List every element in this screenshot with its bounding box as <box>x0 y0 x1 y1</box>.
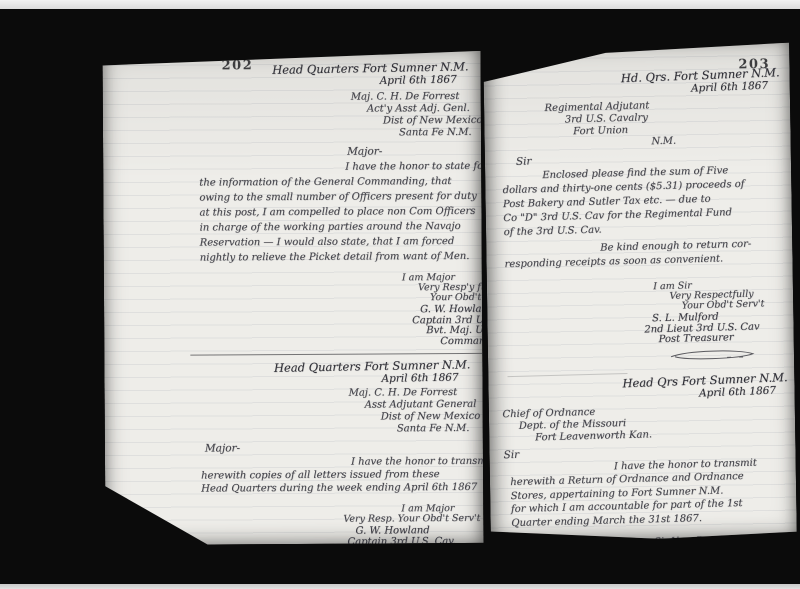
text-line: Very Resp. Your Obd't Serv't <box>343 514 475 525</box>
letter-right-1: Hd. Qrs. Fort Sumner N.M.April 6th 1867 … <box>500 67 792 370</box>
text-line: Dist of New Mexico <box>381 411 475 424</box>
page-left: 202 Head Quarters Fort Sumner N.M.April … <box>103 51 484 545</box>
letter-body-2: Be kind enough to return cor-responding … <box>504 237 789 272</box>
letter-addressee: Maj. C. H. De ForrestAsst Adjutant Gener… <box>349 387 475 436</box>
text-line: Your Obd't Serv't <box>430 293 474 303</box>
letter-left-1: Head Quarters Fort Sumner N.M.April 6th … <box>199 61 475 349</box>
text-line: the information of the General Commandin… <box>199 174 473 191</box>
letter-salutation: Major- <box>347 145 473 158</box>
text-line: I have the honor to state for <box>345 159 473 175</box>
text-line: N.M. <box>651 133 785 149</box>
text-line: I have the honor to transmit <box>351 455 475 469</box>
text-line: Dist of New Mexico <box>383 115 473 128</box>
letter-body: I have the honor to state forthe informa… <box>199 159 474 266</box>
letter-closing: I am MajorVery Resp'y fullyYour Obd't Se… <box>402 273 474 303</box>
text-line: Maj. C. H. De Forrest <box>349 387 475 400</box>
letter-addressee: Chief of OrdnanceDept. of the MissouriFo… <box>502 401 793 445</box>
text-line: Santa Fe N.M. <box>399 127 473 139</box>
film-edge-top <box>0 0 800 9</box>
letter-divider <box>190 353 483 356</box>
letter-body: Enclosed please find the sum of Fivedoll… <box>502 163 788 240</box>
text-line: Your Obd't Serv't <box>682 299 790 312</box>
text-line: Commanding <box>440 336 474 347</box>
letter-body: I have the honor to transmitherewith cop… <box>201 455 475 496</box>
text-line: in charge of the working parties around … <box>200 219 474 236</box>
text-line: Reservation — I would also state, that I… <box>200 234 474 251</box>
text-line: Santa Fe N.M. <box>397 423 475 435</box>
letter-body: I have the honor to transmitherewith a R… <box>510 455 796 530</box>
text-line: responding receipts as soon as convenien… <box>504 251 788 272</box>
text-line: Captain 3rd U.S. Cav. <box>347 536 475 545</box>
text-line: Maj. C. H. De Forrest <box>351 91 473 104</box>
letter-addressee: Regimental Adjutant3rd U.S. CavalryFort … <box>544 97 785 151</box>
letter-closing: I am MajorVery Resp. Your Obd't Serv't <box>343 504 475 525</box>
text-line: Head Quarters during the week ending Apr… <box>201 481 475 496</box>
letter-heading: Head Quarters Fort Sumner N.M.April 6th … <box>198 59 472 90</box>
letter-salutation: Major- <box>205 441 475 455</box>
letter-signature: G. W. HowlandCaptain 3rd U.S. Cav.Bvt. M… <box>412 305 474 347</box>
letter-heading: Head Quarters Fort Sumner N.M.April 6th … <box>200 357 474 388</box>
text-line: Asst Adjutant General <box>365 399 475 412</box>
text-line: at this post, I am compelled to place no… <box>199 204 473 221</box>
letter-right-2: Head Qrs Fort Sumner N.M.April 6th 1867 … <box>508 371 797 541</box>
signature-flourish <box>667 343 791 365</box>
text-line: I am Sir Very Resp'tfly <box>630 533 796 542</box>
letter-left-2: Head Quarters Fort Sumner N.M.April 6th … <box>200 359 475 545</box>
microfilm-frame: 202 Head Quarters Fort Sumner N.M.April … <box>0 0 800 589</box>
film-edge-bottom <box>0 584 800 589</box>
letter-closing: I am Sir Very Resp'tflyYour Obd't Serv't <box>630 533 797 542</box>
page-right-content: Hd. Qrs. Fort Sumner N.M.April 6th 1867 … <box>484 67 797 542</box>
letter-addressee: Maj. C. H. De ForrestAct'y Asst Adj. Gen… <box>351 91 473 140</box>
text-line: nightly to relieve the Picket detail fro… <box>200 249 474 266</box>
page-left-content: Head Quarters Fort Sumner N.M.April 6th … <box>103 61 484 545</box>
text-line: Act'y Asst Adj. Genl. <box>367 103 473 116</box>
text-line: owing to the small number of Officers pr… <box>199 189 473 206</box>
letter-closing: I am SirVery RespectfullyYour Obd't Serv… <box>653 279 790 313</box>
letter-signature: S. L. Mulford2nd Lieut 3rd U.S. CavPost … <box>644 311 791 346</box>
letter-heading: Hd. Qrs. Fort Sumner N.M.April 6th 1867 <box>499 65 784 102</box>
letter-signature: G. W. HowlandCaptain 3rd U.S. Cav.Bvt. M… <box>347 526 475 545</box>
page-right: 203 Hd. Qrs. Fort Sumner N.M.April 6th 1… <box>483 43 797 542</box>
